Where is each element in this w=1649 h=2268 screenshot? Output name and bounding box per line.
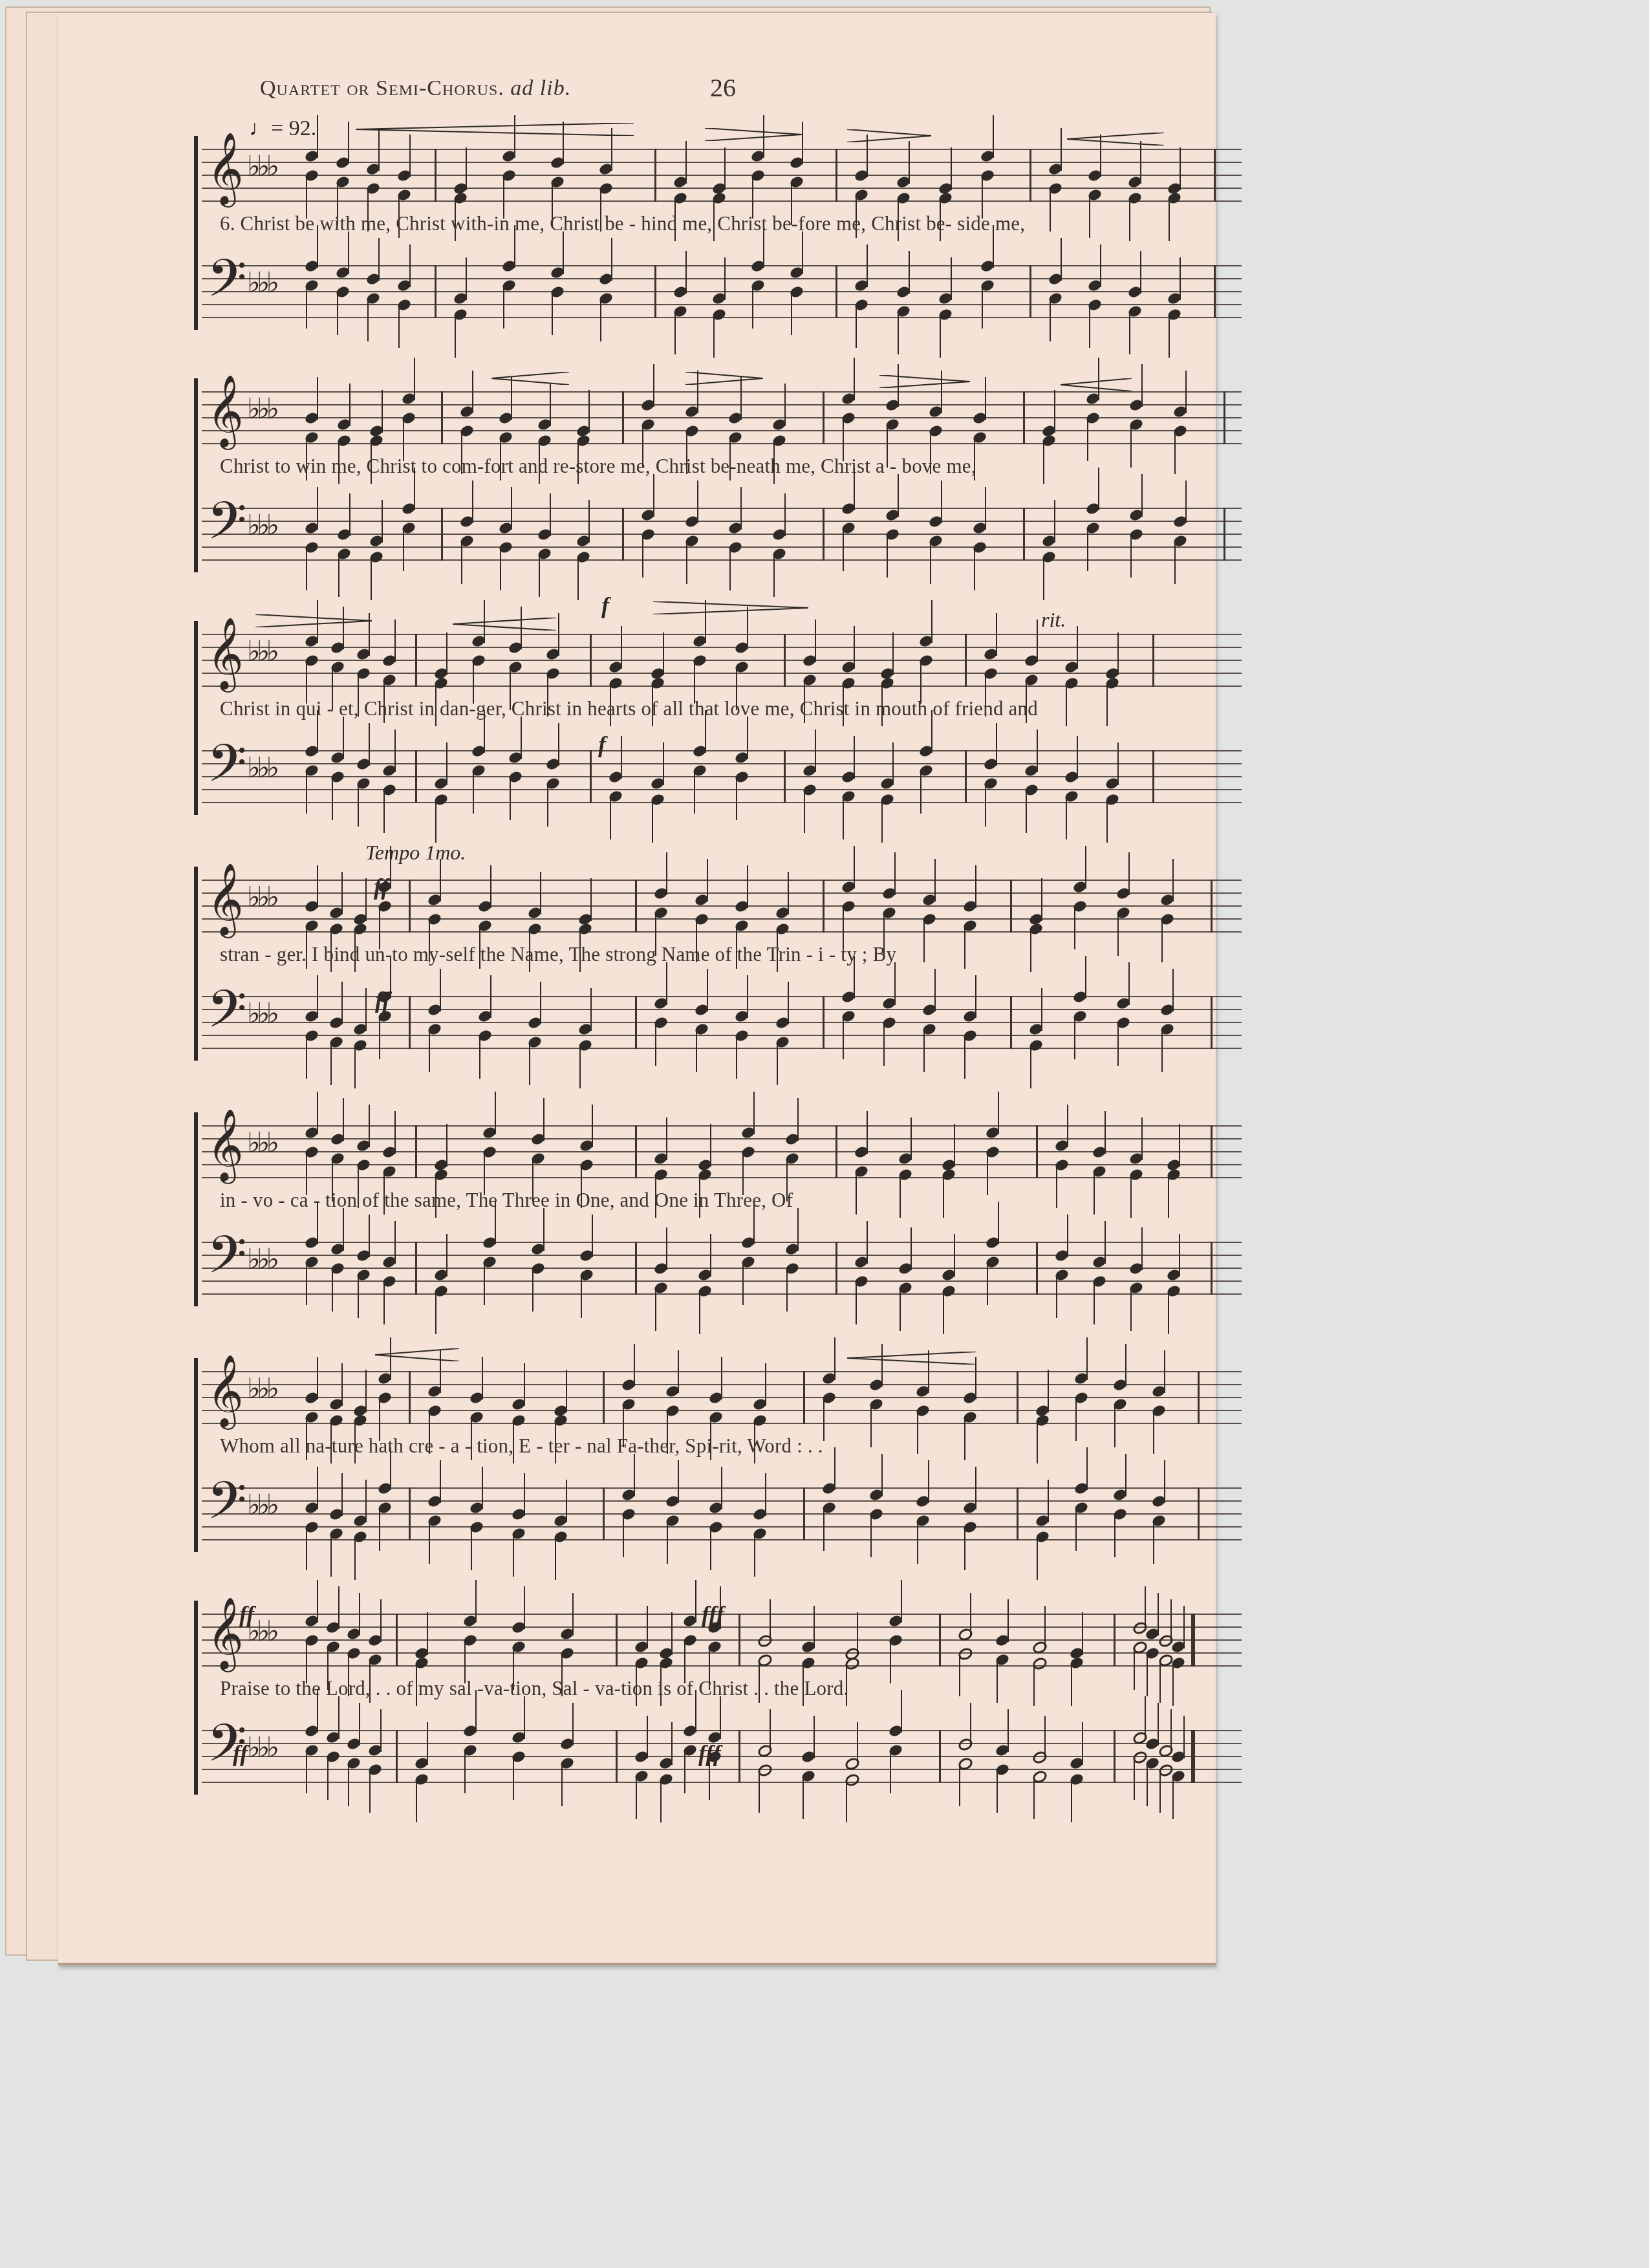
barline: [441, 391, 443, 444]
note-stem: [1037, 620, 1038, 662]
note-stem: [802, 232, 803, 274]
barline: [590, 634, 592, 687]
decrescendo-hairpin: [879, 375, 970, 388]
music-system: 𝄞♭♭♭𝄢♭♭♭Christ in qui - et, Christ in da…: [194, 621, 1242, 815]
note-stem: [720, 1696, 721, 1739]
note-stem: [707, 969, 708, 1011]
note-stem: [435, 1291, 436, 1334]
note-stem: [330, 1534, 332, 1577]
barline: [835, 1242, 837, 1295]
note-stem: [666, 962, 667, 1005]
note-stem: [317, 975, 318, 1018]
fortissimo-marking-bass: ff: [375, 986, 390, 1013]
note-stem: [1085, 846, 1086, 889]
note-stem: [1164, 1460, 1165, 1503]
note-stem: [940, 315, 941, 358]
note-stem: [1117, 742, 1119, 785]
note-stem: [710, 1528, 711, 1570]
note-stem: [581, 1275, 582, 1318]
note-stem: [784, 383, 786, 426]
note-stem: [317, 115, 318, 158]
note-stem: [365, 878, 367, 921]
note-head: [756, 1633, 773, 1649]
barline: [1114, 1614, 1115, 1667]
note-stem: [814, 1606, 815, 1648]
note-stem: [666, 1227, 667, 1270]
note-stem: [513, 1534, 514, 1577]
note-stem: [943, 1291, 944, 1334]
note-stem: [1129, 312, 1130, 354]
forte-marking-bass: f: [598, 731, 606, 758]
note-stem: [1037, 1537, 1038, 1580]
staff-line: [202, 559, 1242, 561]
system-brace: [194, 378, 198, 572]
note-stem: [1067, 1215, 1068, 1257]
note-stem: [610, 797, 611, 839]
note-stem: [1172, 969, 1174, 1011]
staff-line: [202, 1639, 1242, 1641]
note-stem: [1145, 1696, 1146, 1739]
note-stem: [941, 481, 942, 523]
note-stem: [1105, 1111, 1106, 1154]
barline: [1029, 149, 1031, 202]
barline: [1214, 149, 1216, 202]
note-stem: [1054, 390, 1055, 433]
music-system: 𝄞♭♭♭𝄢♭♭♭Whom all na-ture hath cre - a - …: [194, 1358, 1242, 1552]
crescendo-hairpin: [847, 1352, 976, 1365]
decrescendo-hairpin: [847, 129, 931, 142]
staff-line: [202, 1782, 1242, 1783]
note-stem: [600, 299, 601, 341]
staff-line: [202, 404, 1242, 405]
bass-staff: 𝄢♭♭♭: [202, 996, 1242, 1048]
note-stem: [909, 251, 910, 294]
note-stem: [621, 626, 622, 669]
barline: [823, 391, 824, 444]
note-stem: [341, 1363, 343, 1406]
note-stem: [887, 535, 888, 578]
bass-staff: 𝄢♭♭♭: [202, 1730, 1242, 1782]
barline: [803, 1487, 805, 1540]
note-stem: [409, 135, 411, 177]
note-stem: [634, 1344, 635, 1387]
note-stem: [753, 1092, 755, 1134]
note-stem: [513, 1757, 514, 1800]
note-stem: [1172, 1777, 1174, 1819]
note-stem: [970, 1703, 971, 1745]
note-stem: [843, 797, 844, 839]
note-stem: [834, 1337, 835, 1380]
staff-line: [202, 391, 1242, 393]
staff-line: [202, 162, 1242, 163]
note-stem: [1033, 1777, 1035, 1819]
note-stem: [371, 557, 372, 600]
fortissimo-marking-final-bass: ff: [233, 1740, 248, 1767]
staff-line: [202, 1665, 1242, 1667]
note-stem: [1071, 1780, 1072, 1822]
note-stem: [920, 771, 921, 814]
bass-staff: 𝄢♭♭♭: [202, 1242, 1242, 1293]
note-stem: [671, 1722, 673, 1765]
note-stem: [898, 474, 899, 517]
note-stem: [378, 238, 380, 281]
note-stem: [765, 1473, 766, 1516]
note-stem: [736, 1036, 737, 1079]
barline: [396, 1730, 398, 1783]
note-stem: [543, 1208, 544, 1251]
note-stem: [382, 500, 383, 543]
note-stem: [686, 541, 687, 584]
note-stem: [857, 1612, 858, 1655]
note-stem: [881, 1454, 883, 1496]
note-stem: [416, 1780, 417, 1822]
barline: [1036, 1125, 1038, 1178]
barline: [939, 1730, 941, 1783]
barline: [654, 149, 656, 202]
note-stem: [892, 632, 894, 675]
note-stem: [1114, 1515, 1115, 1557]
note-stem: [678, 1350, 679, 1393]
note-stem: [815, 729, 816, 772]
note-stem: [484, 1262, 485, 1305]
note-stem: [797, 1098, 799, 1141]
note-stem: [369, 723, 370, 766]
note-stem: [561, 1764, 563, 1806]
note-stem: [550, 493, 551, 536]
note-stem: [524, 1696, 525, 1739]
note-stem: [721, 1357, 722, 1399]
note-stem: [647, 1716, 648, 1758]
note-stem: [563, 232, 564, 274]
note-stem: [770, 1709, 771, 1752]
staff-line: [202, 265, 1242, 266]
note-stem: [383, 790, 385, 833]
note-stem: [359, 1593, 360, 1636]
note-stem: [1082, 1722, 1083, 1765]
barline: [654, 265, 656, 318]
note-stem: [954, 1234, 955, 1277]
barline: [409, 1371, 411, 1424]
barline: [939, 1614, 941, 1667]
note-stem: [1183, 1716, 1185, 1758]
note-stem: [854, 736, 855, 779]
staff-line: [202, 278, 1242, 279]
barline: [1114, 1730, 1115, 1783]
note-stem: [414, 358, 415, 400]
forte-marking: f: [601, 592, 609, 619]
note-stem: [482, 1357, 483, 1399]
note-stem: [455, 315, 456, 358]
note-stem: [348, 1764, 349, 1806]
key-signature-flat-icon: ♭♭♭: [247, 751, 275, 784]
note-stem: [823, 1508, 824, 1551]
note-stem: [579, 1046, 581, 1088]
treble-clef-icon: 𝄞: [207, 137, 244, 199]
barline: [1010, 996, 1012, 1049]
note-stem: [343, 1098, 344, 1141]
note-stem: [472, 481, 473, 523]
barline: [1211, 1125, 1212, 1178]
note-stem: [1185, 481, 1187, 523]
note-stem: [742, 1262, 744, 1305]
note-stem: [359, 1703, 360, 1745]
note-stem: [928, 1460, 929, 1503]
note-stem: [653, 474, 654, 517]
note-stem: [341, 872, 343, 914]
barline: [1198, 1487, 1200, 1540]
note-stem: [1074, 1017, 1075, 1059]
note-stem: [1180, 257, 1181, 300]
note-stem: [695, 1580, 696, 1623]
note-stem: [365, 1480, 367, 1522]
barline: [635, 1125, 637, 1178]
note-stem: [685, 141, 687, 184]
note-stem: [1041, 878, 1042, 921]
note-stem: [1117, 1023, 1119, 1066]
note-stem: [341, 982, 343, 1024]
note-stem: [1043, 557, 1044, 600]
note-stem: [1075, 1508, 1077, 1551]
note-stem: [510, 777, 511, 820]
system-brace: [194, 621, 198, 815]
section-title: Quartet or Semi-Chorus.: [260, 76, 504, 100]
note-stem: [854, 846, 855, 889]
note-stem: [666, 852, 667, 895]
barline: [1191, 1614, 1195, 1667]
note-stem: [894, 962, 896, 1005]
note-stem: [802, 122, 803, 164]
note-stem: [710, 1124, 711, 1167]
note-stem: [1041, 988, 1042, 1031]
note-stem: [894, 852, 896, 895]
note-stem: [1048, 1370, 1049, 1412]
barline: [590, 750, 592, 803]
treble-clef-icon: 𝄞: [207, 1359, 244, 1421]
note-stem: [747, 975, 748, 1018]
barline: [835, 1125, 837, 1178]
staff-line: [202, 175, 1242, 176]
note-stem: [917, 1521, 918, 1564]
note-stem: [380, 1709, 382, 1752]
note-stem: [358, 784, 359, 826]
note-stem: [306, 1528, 307, 1570]
treble-clef-icon: 𝄞: [207, 622, 244, 684]
note-stem: [1169, 315, 1170, 358]
bass-clef-icon: 𝄢: [207, 496, 247, 558]
bass-clef-icon: 𝄢: [207, 1230, 247, 1292]
barline: [622, 391, 624, 444]
note-stem: [699, 1291, 700, 1334]
treble-clef-icon: 𝄞: [207, 1114, 244, 1176]
note-stem: [369, 1105, 370, 1147]
treble-clef-icon: 𝄞: [207, 1602, 244, 1664]
note-stem: [446, 742, 447, 785]
note-stem: [694, 771, 695, 814]
note-stem: [427, 1722, 428, 1765]
note-stem: [856, 305, 857, 348]
note-stem: [1158, 1703, 1159, 1745]
note-stem: [317, 487, 318, 530]
note-stem: [566, 1370, 567, 1412]
staff-line: [202, 1268, 1242, 1269]
note-stem: [365, 988, 367, 1031]
staff-line: [202, 546, 1242, 548]
note-stem: [343, 717, 344, 759]
note-stem: [892, 742, 894, 785]
staff-line: [202, 1035, 1242, 1036]
note-stem: [577, 557, 579, 600]
barline: [835, 265, 837, 318]
barline: [1198, 1371, 1200, 1424]
note-stem: [306, 771, 307, 814]
note-stem: [348, 232, 349, 274]
note-stem: [466, 147, 467, 190]
note-stem: [1128, 962, 1130, 1005]
note-stem: [729, 548, 731, 590]
note-stem: [1037, 729, 1038, 772]
system-brace: [194, 136, 198, 330]
staff-line: [202, 521, 1242, 522]
barline: [1023, 508, 1025, 561]
staff-line: [202, 149, 1242, 150]
note-stem: [540, 872, 541, 914]
note-stem: [982, 286, 983, 329]
barline: [1211, 996, 1212, 1049]
note-stem: [1141, 1227, 1143, 1270]
barline: [784, 750, 786, 803]
note-stem: [446, 1124, 447, 1167]
note-stem: [394, 1111, 396, 1154]
crescendo-hairpin: [375, 1348, 459, 1361]
note-stem: [954, 1124, 955, 1167]
note-stem: [461, 541, 462, 584]
note-stem: [786, 1269, 788, 1312]
note-stem: [623, 1515, 624, 1557]
note-stem: [642, 535, 643, 578]
bass-clef-icon: 𝄢: [207, 984, 247, 1046]
note-stem: [472, 371, 473, 413]
barline: [635, 996, 637, 1049]
note-stem: [671, 1612, 673, 1655]
key-signature-flat-icon: ♭♭♭: [247, 1127, 275, 1160]
barline: [1010, 880, 1012, 933]
note-stem: [317, 1092, 318, 1134]
staff-line: [202, 1138, 1242, 1139]
note-stem: [867, 1221, 868, 1264]
barline: [784, 634, 786, 687]
note-stem: [550, 383, 551, 426]
note-stem: [846, 1780, 847, 1822]
treble-staff: 𝄞♭♭♭: [202, 880, 1242, 931]
staff-line: [202, 304, 1242, 305]
barline: [635, 1242, 637, 1295]
bass-clef-icon: 𝄢: [207, 254, 247, 316]
note-stem: [707, 859, 708, 902]
note-stem: [409, 244, 411, 287]
staff-line: [202, 660, 1242, 661]
note-stem: [970, 1593, 971, 1636]
staff-line: [202, 892, 1242, 894]
decrescendo-hairpin: [705, 128, 802, 141]
note-stem: [382, 390, 383, 433]
barline: [1017, 1371, 1018, 1424]
note-stem: [985, 487, 986, 530]
note-stem: [964, 1036, 965, 1079]
barline: [603, 1371, 605, 1424]
staff-line: [202, 291, 1242, 292]
note-stem: [306, 1751, 307, 1793]
note-stem: [674, 312, 676, 354]
system-brace: [194, 867, 198, 1061]
barline: [823, 508, 824, 561]
note-stem: [770, 1599, 771, 1642]
note-stem: [934, 969, 936, 1011]
note-stem: [471, 1528, 472, 1570]
note-stem: [1086, 1337, 1088, 1380]
staff-line: [202, 1125, 1242, 1127]
note-stem: [923, 1030, 925, 1072]
note-stem: [354, 1537, 356, 1580]
note-stem: [1117, 632, 1119, 675]
note-stem: [529, 1042, 530, 1085]
barline: [435, 149, 436, 202]
note-stem: [678, 1460, 679, 1503]
note-stem: [655, 1023, 656, 1066]
note-stem: [343, 607, 344, 649]
note-stem: [1140, 251, 1141, 294]
note-stem: [490, 865, 491, 908]
note-head: [1031, 1749, 1048, 1766]
note-stem: [1106, 800, 1108, 843]
note-stem: [1125, 1344, 1126, 1387]
note-stem: [332, 1269, 333, 1312]
note-stem: [521, 717, 522, 759]
note-stem: [1145, 1586, 1146, 1629]
note-stem: [663, 632, 664, 675]
note-stem: [327, 1757, 329, 1800]
bass-clef-icon: 𝄢: [207, 1476, 247, 1538]
note-stem: [473, 771, 474, 814]
note-stem: [588, 500, 590, 543]
treble-staff: 𝄞♭♭♭: [202, 634, 1242, 686]
key-signature-flat-icon: ♭♭♭: [247, 997, 275, 1030]
barline: [415, 1125, 417, 1178]
section-title-suffix: ad lib.: [510, 76, 571, 100]
note-stem: [1066, 797, 1067, 839]
note-stem: [524, 1363, 525, 1406]
barline: [738, 1730, 740, 1783]
note-stem: [379, 1017, 380, 1059]
note-stem: [475, 1580, 477, 1623]
note-stem: [883, 1023, 885, 1066]
note-stem: [975, 975, 976, 1018]
key-signature-flat-icon: ♭♭♭: [247, 393, 275, 426]
staff-line: [202, 443, 1242, 444]
staff-line: [202, 508, 1242, 509]
note-stem: [660, 1780, 662, 1822]
note-stem: [996, 613, 997, 656]
note-stem: [317, 1357, 318, 1399]
note-stem: [636, 1777, 637, 1819]
note-stem: [647, 1606, 648, 1648]
barline: [1023, 391, 1025, 444]
note-stem: [338, 554, 339, 597]
barline: [415, 1242, 417, 1295]
note-stem: [870, 1515, 872, 1557]
note-stem: [435, 800, 436, 843]
note-stem: [788, 982, 789, 1024]
note-stem: [754, 1534, 755, 1577]
